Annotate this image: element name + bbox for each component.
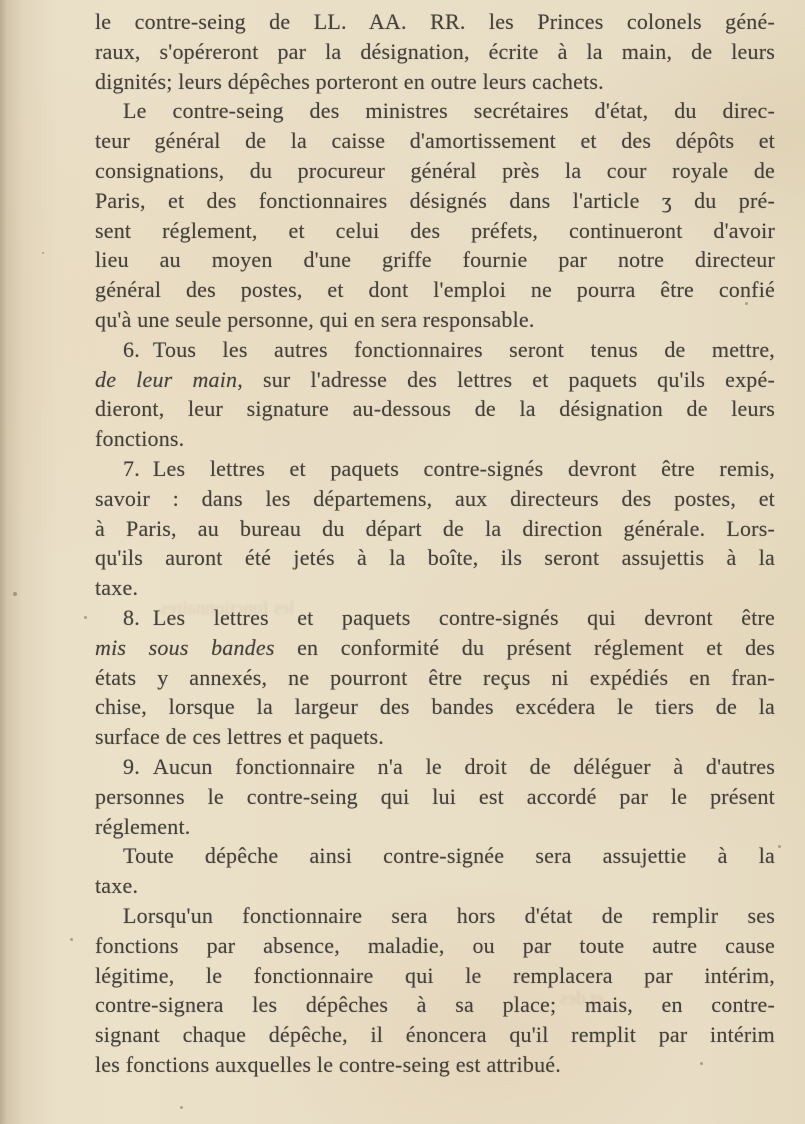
paper-speck	[13, 592, 17, 596]
text-line: lieu au moyen d'une griffe fournie par n…	[95, 245, 775, 275]
text-segment: dieront, leur signature au-dessous de la…	[95, 396, 775, 421]
paper-speck	[700, 1062, 703, 1065]
text-line: le contre-seing de LL. AA. RR. les Princ…	[95, 7, 775, 37]
text-line: qu'ils auront été jetés à la boîte, ils …	[95, 543, 775, 573]
paragraph: 7.Les lettres et paquets contre-signés d…	[95, 454, 775, 603]
text-line: à Paris, au bureau du départ de la direc…	[95, 514, 775, 544]
italic-text-segment: mis sous bandes	[95, 635, 275, 660]
text-line: fonctions par absence, maladie, ou par t…	[95, 931, 775, 961]
article-number: 9.	[123, 754, 140, 779]
text-segment: surface de ces lettres et paquets.	[95, 724, 384, 749]
text-segment: dignités; leurs dépêches porteront en ou…	[95, 69, 604, 94]
text-line: dieront, leur signature au-dessous de la…	[95, 394, 775, 424]
text-line: surface de ces lettres et paquets.	[95, 722, 775, 752]
paragraph: 6.Tous les autres fonctionnaires seront …	[95, 335, 775, 454]
text-line: qu'à une seule personne, qui en sera res…	[95, 305, 775, 335]
paragraph: Lorsqu'un fonctionnaire sera hors d'état…	[95, 901, 775, 1080]
text-segment: légitime, le fonctionnaire qui le rempla…	[95, 963, 775, 988]
text-segment: le contre-seing de LL. AA. RR. les Princ…	[95, 9, 775, 34]
text-segment: qu'à une seule personne, qui en sera res…	[95, 307, 535, 332]
text-line: réglement.	[95, 812, 775, 842]
text-segment: savoir : dans les départemens, aux direc…	[95, 486, 775, 511]
text-line: teur général de la caisse d'amortissemen…	[95, 126, 775, 156]
text-line: personnes le contre-seing qui lui est ac…	[95, 782, 775, 812]
italic-text-segment: de leur main	[95, 367, 237, 392]
text-segment: Le contre-seing des ministres secrétaire…	[123, 98, 775, 123]
article-number: 7.	[123, 456, 140, 481]
paper-speck	[180, 1106, 183, 1109]
article-number: 8.	[123, 605, 140, 630]
text-line: Paris, et des fonctionnaires désignés da…	[95, 186, 775, 216]
paper-speck	[778, 845, 781, 848]
text-segment: réglement.	[95, 814, 190, 839]
text-segment: en conformité du présent réglement et de…	[275, 635, 775, 660]
paragraph: Le contre-seing des ministres secrétaire…	[95, 96, 775, 334]
text-line: Le contre-seing des ministres secrétaire…	[95, 96, 775, 126]
text-segment: chise, lorsque la largeur des bandes exc…	[95, 694, 775, 719]
text-segment: états y annexés, ne pourront être reçus …	[95, 665, 775, 690]
text-segment: qu'ils auront été jetés à la boîte, ils …	[95, 545, 775, 570]
text-line: dignités; leurs dépêches porteront en ou…	[95, 67, 775, 97]
text-line: savoir : dans les départemens, aux direc…	[95, 484, 775, 514]
text-segment: Tous les autres fonctionnaires seront te…	[153, 337, 775, 362]
paper-speck	[745, 302, 748, 305]
text-line: mis sous bandes en conformité du présent…	[95, 633, 775, 663]
text-segment: à Paris, au bureau du départ de la direc…	[95, 516, 775, 541]
text-segment: personnes le contre-seing qui lui est ac…	[95, 784, 775, 809]
text-segment: général des postes, et dont l'emploi ne …	[95, 277, 775, 302]
text-line: 7.Les lettres et paquets contre-signés d…	[95, 454, 775, 484]
text-segment: les fonctions auxquelles le contre-seing…	[95, 1052, 561, 1077]
text-line: raux, s'opéreront par la désignation, éc…	[95, 37, 775, 67]
show-through-ghost-text: les fonctionnaires	[160, 598, 295, 620]
text-line: Lorsqu'un fonctionnaire sera hors d'état…	[95, 901, 775, 931]
text-segment: Paris, et des fonctionnaires désignés da…	[95, 188, 775, 213]
text-line: 6.Tous les autres fonctionnaires seront …	[95, 335, 775, 365]
text-line: fonctions.	[95, 424, 775, 454]
text-segment: consignations, du procureur général près…	[95, 158, 775, 183]
text-line: contre-signera les dépêches à sa place; …	[95, 990, 775, 1020]
text-line: 9.Aucun fonctionnaire n'a le droit de dé…	[95, 752, 775, 782]
document-page: le contre-seing de LL. AA. RR. les Princ…	[0, 0, 805, 1124]
text-line: sent réglement, et celui des préfets, co…	[95, 216, 775, 246]
paragraph: 8.Les lettres et paquets contre-signés q…	[95, 603, 775, 752]
text-segment: sent réglement, et celui des préfets, co…	[95, 218, 775, 243]
text-segment: teur général de la caisse d'amortissemen…	[95, 128, 775, 153]
text-segment: fonctions par absence, maladie, ou par t…	[95, 933, 775, 958]
text-segment: taxe.	[95, 873, 138, 898]
text-line: consignations, du procureur général près…	[95, 156, 775, 186]
paragraph: le contre-seing de LL. AA. RR. les Princ…	[95, 7, 775, 96]
text-segment: Aucun fonctionnaire n'a le droit de délé…	[153, 754, 775, 779]
text-line: chise, lorsque la largeur des bandes exc…	[95, 692, 775, 722]
text-segment: fonctions.	[95, 426, 184, 451]
paper-speck	[42, 252, 44, 254]
paragraph: Toute dépêche ainsi contre-signée sera a…	[95, 841, 775, 901]
text-segment: raux, s'opéreront par la désignation, éc…	[95, 39, 775, 64]
text-segment: taxe.	[95, 575, 138, 600]
text-segment: lieu au moyen d'une griffe fournie par n…	[95, 247, 775, 272]
paper-speck	[84, 616, 87, 619]
text-segment: , sur l'adresse des lettres et paquets q…	[237, 367, 775, 392]
article-number: 6.	[123, 337, 140, 362]
text-segment: contre-signera les dépêches à sa place; …	[95, 992, 775, 1017]
paragraph: 9.Aucun fonctionnaire n'a le droit de dé…	[95, 752, 775, 841]
text-line: de leur main, sur l'adresse des lettres …	[95, 365, 775, 395]
text-line: Toute dépêche ainsi contre-signée sera a…	[95, 841, 775, 871]
text-line: signant chaque dépêche, il énoncera qu'i…	[95, 1020, 775, 1050]
text-line: légitime, le fonctionnaire qui le rempla…	[95, 961, 775, 991]
text-line: les fonctions auxquelles le contre-seing…	[95, 1050, 775, 1080]
show-through-ghost-text: et des	[560, 988, 604, 1010]
text-block: le contre-seing de LL. AA. RR. les Princ…	[95, 7, 775, 1080]
text-line: taxe.	[95, 871, 775, 901]
text-segment: Les lettres et paquets contre-signés dev…	[153, 456, 775, 481]
paper-speck	[70, 938, 73, 941]
text-line: général des postes, et dont l'emploi ne …	[95, 275, 775, 305]
text-segment: Toute dépêche ainsi contre-signée sera a…	[123, 843, 775, 868]
text-segment: Lorsqu'un fonctionnaire sera hors d'état…	[123, 903, 775, 928]
text-line: états y annexés, ne pourront être reçus …	[95, 663, 775, 693]
text-segment: signant chaque dépêche, il énoncera qu'i…	[95, 1022, 775, 1047]
